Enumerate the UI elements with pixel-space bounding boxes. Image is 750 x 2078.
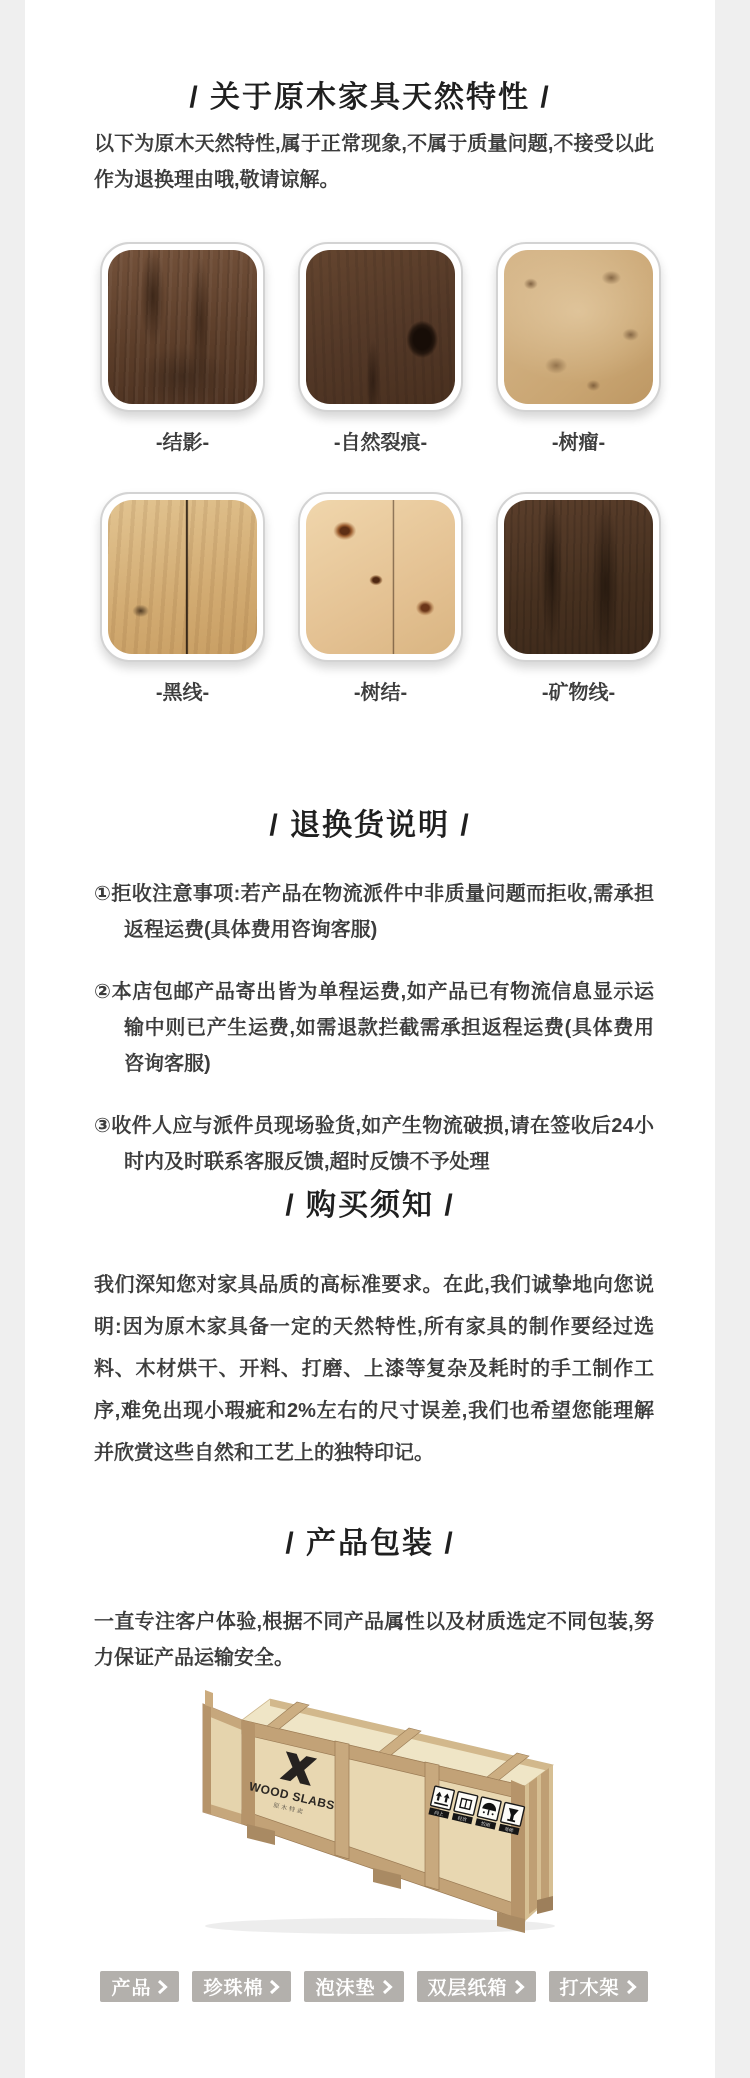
wood-sample-cell: -黑线- (100, 492, 265, 705)
packaging-body: 一直专注客户体验,根据不同产品属性以及材质选定不同包装,努力保证产品运输安全。 (94, 1604, 654, 1676)
purchase-notice-body: 我们深知您对家具品质的高标准要求。在此,我们诚挚地向您说明:因为原木家具备一定的… (94, 1264, 654, 1474)
wood-sample-card (496, 242, 661, 412)
packaging-step-wooden-frame: 打木架 (549, 1971, 648, 2002)
badge-label: 珍珠棉 (203, 1973, 263, 2000)
wood-sample-cell: -树瘤- (496, 242, 661, 455)
wood-sample-label: -黑线- (100, 676, 265, 705)
wood-sample-label: -树瘤- (496, 426, 661, 455)
badge-label: 泡沫垫 (315, 1973, 375, 2000)
packaging-step-pearl-cotton: 珍珠棉 (192, 1971, 291, 2002)
section-title-returns: / 退换货说明 / (90, 800, 650, 844)
wood-sample-label: -结影- (100, 426, 265, 455)
wood-sample-label: -矿物线- (496, 676, 661, 705)
wood-sample-label: -自然裂痕- (298, 426, 463, 455)
section-title-natural-traits: / 关于原木家具天然特性 / (90, 72, 650, 116)
packaging-steps-row: 产品 珍珠棉 泡沫垫 双层纸箱 打木架 (94, 1971, 654, 2002)
returns-item: ③收件人应与派件员现场验货,如产生物流破损,请在签收后24小时内及时联系客服反馈… (94, 1108, 654, 1180)
wood-sample-image (108, 250, 257, 404)
wood-sample-cell: -树结- (298, 492, 463, 705)
packing-crate-image: WOOD SLABS 原木特卖 向上 (185, 1674, 565, 1936)
wood-sample-grid: -结影- -自然裂痕- -树瘤- -黑线- -树结- -矿物线- (100, 242, 661, 705)
wood-sample-card (100, 492, 265, 662)
returns-list: ①拒收注意事项:若产品在物流派件中非质量问题而拒收,需承担返程运费(具体费用咨询… (94, 876, 654, 1206)
returns-item: ②本店包邮产品寄出皆为单程运费,如产品已有物流信息显示运输中则已产生运费,如需退… (94, 974, 654, 1082)
page: / 关于原木家具天然特性 / 以下为原木天然特性,属于正常现象,不属于质量问题,… (0, 0, 750, 2078)
wood-sample-card (298, 492, 463, 662)
wood-sample-cell: -自然裂痕- (298, 242, 463, 455)
wood-sample-image (504, 500, 653, 654)
wood-sample-card (496, 492, 661, 662)
section-title-packaging: / 产品包装 / (90, 1518, 650, 1562)
returns-item: ①拒收注意事项:若产品在物流派件中非质量问题而拒收,需承担返程运费(具体费用咨询… (94, 876, 654, 948)
wood-sample-cell: -结影- (100, 242, 265, 455)
badge-label: 产品 (111, 1973, 151, 2000)
crate-illustration-icon: WOOD SLABS 原木特卖 向上 (185, 1674, 565, 1936)
wood-sample-image (108, 500, 257, 654)
wood-sample-label: -树结- (298, 676, 463, 705)
content-column: / 关于原木家具天然特性 / 以下为原木天然特性,属于正常现象,不属于质量问题,… (25, 0, 715, 2078)
chevron-right-icon (157, 1979, 168, 1995)
packaging-step-foam-pad: 泡沫垫 (304, 1971, 403, 2002)
packaging-step-double-carton: 双层纸箱 (417, 1971, 536, 2002)
badge-label: 双层纸箱 (428, 1973, 508, 2000)
packaging-step-product: 产品 (100, 1971, 179, 2002)
wood-sample-image (306, 500, 455, 654)
chevron-right-icon (626, 1979, 637, 1995)
chevron-right-icon (382, 1979, 393, 1995)
wood-sample-card (298, 242, 463, 412)
wood-sample-image (306, 250, 455, 404)
chevron-right-icon (514, 1979, 525, 1995)
wood-sample-image (504, 250, 653, 404)
section-title-purchase-notice: / 购买须知 / (90, 1180, 650, 1224)
badge-label: 打木架 (560, 1973, 620, 2000)
chevron-right-icon (269, 1979, 280, 1995)
wood-sample-card (100, 242, 265, 412)
wood-sample-cell: -矿物线- (496, 492, 661, 705)
natural-traits-intro: 以下为原木天然特性,属于正常现象,不属于质量问题,不接受以此作为退换理由哦,敬请… (94, 126, 654, 198)
